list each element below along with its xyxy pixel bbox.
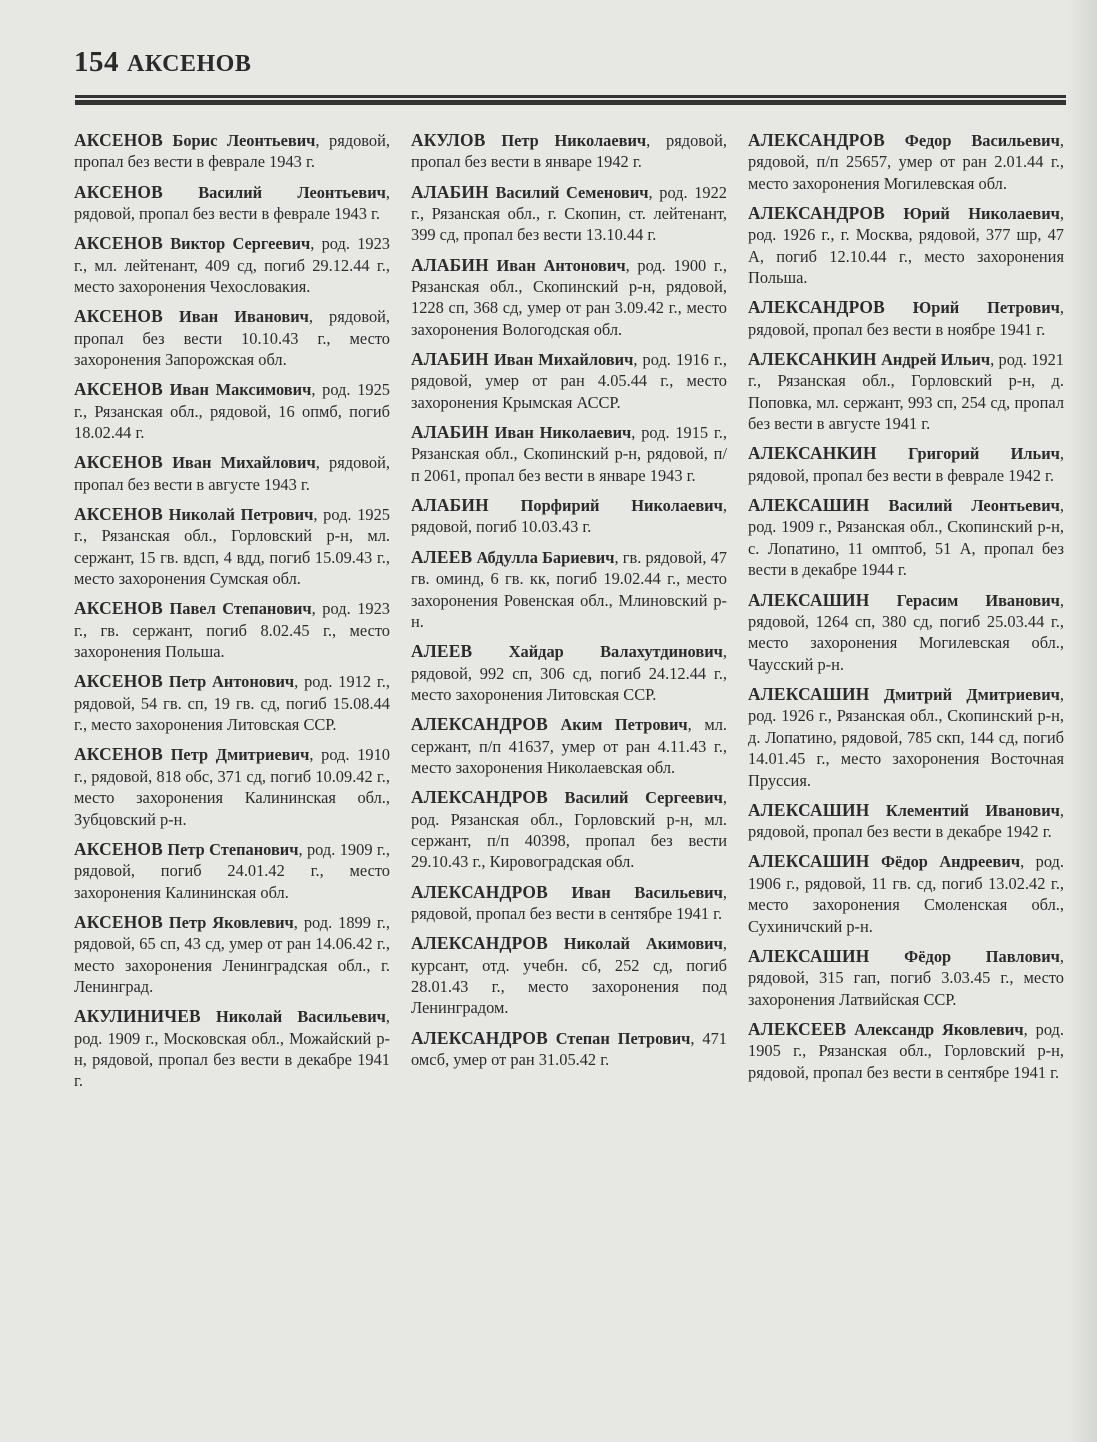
page-header: 154 АКСЕНОВ [74,46,251,79]
entry-surname: АЛЕКСАШИН [748,684,870,704]
memorial-entry: АКСЕНОВ Павел Степанович, род. 1923 г., … [74,598,390,662]
entry-given-name: Фёдор Андреевич [881,852,1020,871]
entry-surname: АЛАБИН [411,422,489,442]
entry-given-name: Василий Семенович [495,183,648,202]
memorial-entry: АЛАБИН Иван Антонович, род. 1900 г., Ряз… [411,255,727,341]
memorial-entry: АКСЕНОВ Петр Антонович, род. 1912 г., ря… [74,671,390,735]
memorial-entry: АКСЕНОВ Петр Дмитриевич, род. 1910 г., р… [74,744,390,830]
memorial-entry: АКСЕНОВ Иван Максимович, род. 1925 г., Р… [74,379,390,443]
entry-surname: АЛЕКСАНДРОВ [411,787,548,807]
entry-surname: АЛЕКСАШИН [748,590,870,610]
entry-surname: АЛЕКСАНДРОВ [411,1028,548,1048]
entry-given-name: Петр Николаевич [501,131,646,150]
memorial-entry: АЛАБИН Василий Семенович, род. 1922 г., … [411,182,727,246]
memorial-entry: АКСЕНОВ Виктор Сергеевич, род. 1923 г., … [74,233,390,297]
entry-given-name: Иван Максимович [170,380,312,399]
entry-surname: АКСЕНОВ [74,379,163,399]
entry-given-name: Юрий Петрович [913,298,1060,317]
memorial-entry: АКУЛИНИЧЕВ Николай Васильевич, род. 1909… [74,1006,390,1092]
entry-given-name: Павел Степанович [170,599,312,618]
entry-surname: АЛЕКСАНКИН [748,443,877,463]
entry-given-name: Хайдар Валахутдинович [509,642,723,661]
entry-given-name: Порфирий Николаевич [521,496,723,515]
memorial-entry: АЛЕКСАШИН Герасим Иванович, рядовой, 126… [748,590,1064,676]
entry-given-name: Петр Яковлевич [169,913,294,932]
entry-surname: АЛЕКСАШИН [748,851,870,871]
memorial-entry: АЛЕКСЕЕВ Александр Яковлевич, род. 1905 … [748,1019,1064,1083]
entry-given-name: Петр Дмитриевич [171,745,310,764]
entry-given-name: Иван Васильевич [572,883,723,902]
entry-surname: АЛАБИН [411,349,489,369]
entry-surname: АЛАБИН [411,495,489,515]
memorial-entry: АКСЕНОВ Петр Яковлевич, род. 1899 г., ря… [74,912,390,998]
entry-surname: АЛЕЕВ [411,547,472,567]
memorial-entry: АЛЕКСАНДРОВ Юрий Петрович, рядовой, проп… [748,297,1064,340]
entry-surname: АЛЕКСАШИН [748,495,870,515]
memorial-entry: АКСЕНОВ Иван Иванович, рядовой, пропал б… [74,306,390,370]
entry-surname: АЛЕКСАШИН [748,946,870,966]
entry-given-name: Иван Михайлович [172,453,316,472]
entry-surname: АКСЕНОВ [74,504,163,524]
entry-surname: АЛЕКСАНДРОВ [411,933,548,953]
entry-surname: АКУЛИНИЧЕВ [74,1006,201,1026]
entry-given-name: Андрей Ильич [881,350,990,369]
memorial-entry: АКСЕНОВ Петр Степанович, род. 1909 г., р… [74,839,390,903]
text-columns: АКСЕНОВ Борис Леонтьевич, рядовой, пропа… [74,130,1064,1101]
entry-given-name: Иван Михайлович [494,350,633,369]
entry-given-name: Григорий Ильич [908,444,1060,463]
memorial-entry: АЛЕКСАНДРОВ Иван Васильевич, рядовой, пр… [411,882,727,925]
column-2: АКУЛОВ Петр Николаевич, рядовой, пропал … [411,130,727,1101]
entry-surname: АКСЕНОВ [74,839,163,859]
entry-given-name: Петр Степанович [167,840,298,859]
entry-surname: АКСЕНОВ [74,233,163,253]
memorial-entry: АЛЕКСАШИН Клементий Иванович, рядовой, п… [748,800,1064,843]
entry-given-name: Герасим Иванович [897,591,1060,610]
entry-given-name: Иван Николаевич [495,423,632,442]
entry-surname: АКСЕНОВ [74,912,163,932]
entry-surname: АЛЕКСАНДРОВ [748,203,885,223]
entry-given-name: Петр Антонович [169,672,294,691]
memorial-entry: АЛЕКСАШИН Фёдор Павлович, рядовой, 315 г… [748,946,1064,1010]
memorial-entry: АЛЕКСАШИН Василий Леонтьевич, род. 1909 … [748,495,1064,581]
entry-surname: АЛЕКСАНДРОВ [748,297,885,317]
entry-surname: АЛЕКСАНКИН [748,349,877,369]
entry-surname: АЛЕЕВ [411,641,472,661]
entry-given-name: Федор Васильевич [905,131,1060,150]
entry-given-name: Виктор Сергеевич [170,234,310,253]
entry-surname: АКСЕНОВ [74,671,163,691]
entry-given-name: Александр Яковлевич [854,1020,1023,1039]
memorial-entry: АЛЕЕВ Абдулла Бариевич, гв. рядовой, 47 … [411,547,727,633]
memorial-entry: АЛЕКСАНДРОВ Федор Васильевич, рядовой, п… [748,130,1064,194]
entry-surname: АЛАБИН [411,182,489,202]
entry-given-name: Иван Иванович [179,307,309,326]
entry-given-name: Иван Антонович [497,256,626,275]
entry-surname: АЛЕКСЕЕВ [748,1019,846,1039]
entry-given-name: Борис Леонтьевич [172,131,315,150]
memorial-entry: АЛЕКСАШИН Дмитрий Дмитриевич, род. 1926 … [748,684,1064,791]
entry-given-name: Юрий Николаевич [903,204,1060,223]
memorial-entry: АЛЕКСАНДРОВ Степан Петрович, 471 омсб, у… [411,1028,727,1071]
entry-surname: АЛАБИН [411,255,489,275]
memorial-entry: АКСЕНОВ Борис Леонтьевич, рядовой, пропа… [74,130,390,173]
entry-surname: АКСЕНОВ [74,452,163,472]
page-number: 154 [74,46,119,79]
column-3: АЛЕКСАНДРОВ Федор Васильевич, рядовой, п… [748,130,1064,1101]
entry-given-name: Абдулла Бариевич [476,548,614,567]
memorial-entry: АКСЕНОВ Василий Леонтьевич, рядовой, про… [74,182,390,225]
entry-given-name: Клементий Иванович [886,801,1060,820]
memorial-entry: АЛЕКСАНДРОВ Юрий Николаевич, род. 1926 г… [748,203,1064,289]
entry-given-name: Николай Петрович [169,505,314,524]
column-1: АКСЕНОВ Борис Леонтьевич, рядовой, пропа… [74,130,390,1101]
header-rule-thick [75,100,1066,105]
memorial-entry: АКСЕНОВ Иван Михайлович, рядовой, пропал… [74,452,390,495]
memorial-entry: АЛЕКСАНДРОВ Николай Акимович, курсант, о… [411,933,727,1019]
memorial-entry: АЛЕКСАНДРОВ Аким Петрович, мл. сержант, … [411,714,727,778]
entry-given-name: Василий Леонтьевич [888,496,1059,515]
entry-given-name: Аким Петрович [560,715,687,734]
memorial-entry: АЛАБИН Иван Михайлович, род. 1916 г., ря… [411,349,727,413]
entry-surname: АЛЕКСАНДРОВ [748,130,885,150]
entry-given-name: Василий Леонтьевич [198,183,386,202]
memorial-entry: АКУЛОВ Петр Николаевич, рядовой, пропал … [411,130,727,173]
entry-surname: АКСЕНОВ [74,130,163,150]
entry-given-name: Фёдор Павлович [904,947,1060,966]
entry-surname: АЛЕКСАНДРОВ [411,882,548,902]
memorial-entry: АЛЕЕВ Хайдар Валахутдинович, рядовой, 99… [411,641,727,705]
entry-surname: АКСЕНОВ [74,306,163,326]
header-rule-thin [75,95,1066,98]
entry-surname: АЛЕКСАШИН [748,800,870,820]
entry-given-name: Степан Петрович [556,1029,691,1048]
entry-surname: АКСЕНОВ [74,744,163,764]
memorial-entry: АЛЕКСАШИН Фёдор Андреевич, род. 1906 г.,… [748,851,1064,937]
memorial-entry: АЛАБИН Порфирий Николаевич, рядовой, пог… [411,495,727,538]
entry-surname: АКСЕНОВ [74,182,163,202]
memorial-entry: АЛЕКСАНКИН Андрей Ильич, род. 1921 г., Р… [748,349,1064,435]
entry-given-name: Василий Сергеевич [565,788,723,807]
memorial-entry: АЛЕКСАНКИН Григорий Ильич, рядовой, проп… [748,443,1064,486]
memorial-entry: АКСЕНОВ Николай Петрович, род. 1925 г., … [74,504,390,590]
entry-surname: АКСЕНОВ [74,598,163,618]
entry-given-name: Николай Васильевич [216,1007,386,1026]
entry-surname: АКУЛОВ [411,130,486,150]
page-edge-shadow [1067,0,1097,1442]
running-title: АКСЕНОВ [127,51,251,78]
entry-given-name: Дмитрий Дмитриевич [884,685,1060,704]
memorial-entry: АЛЕКСАНДРОВ Василий Сергеевич, род. Ряза… [411,787,727,873]
entry-surname: АЛЕКСАНДРОВ [411,714,548,734]
entry-given-name: Николай Акимович [564,934,723,953]
memorial-entry: АЛАБИН Иван Николаевич, род. 1915 г., Ря… [411,422,727,486]
